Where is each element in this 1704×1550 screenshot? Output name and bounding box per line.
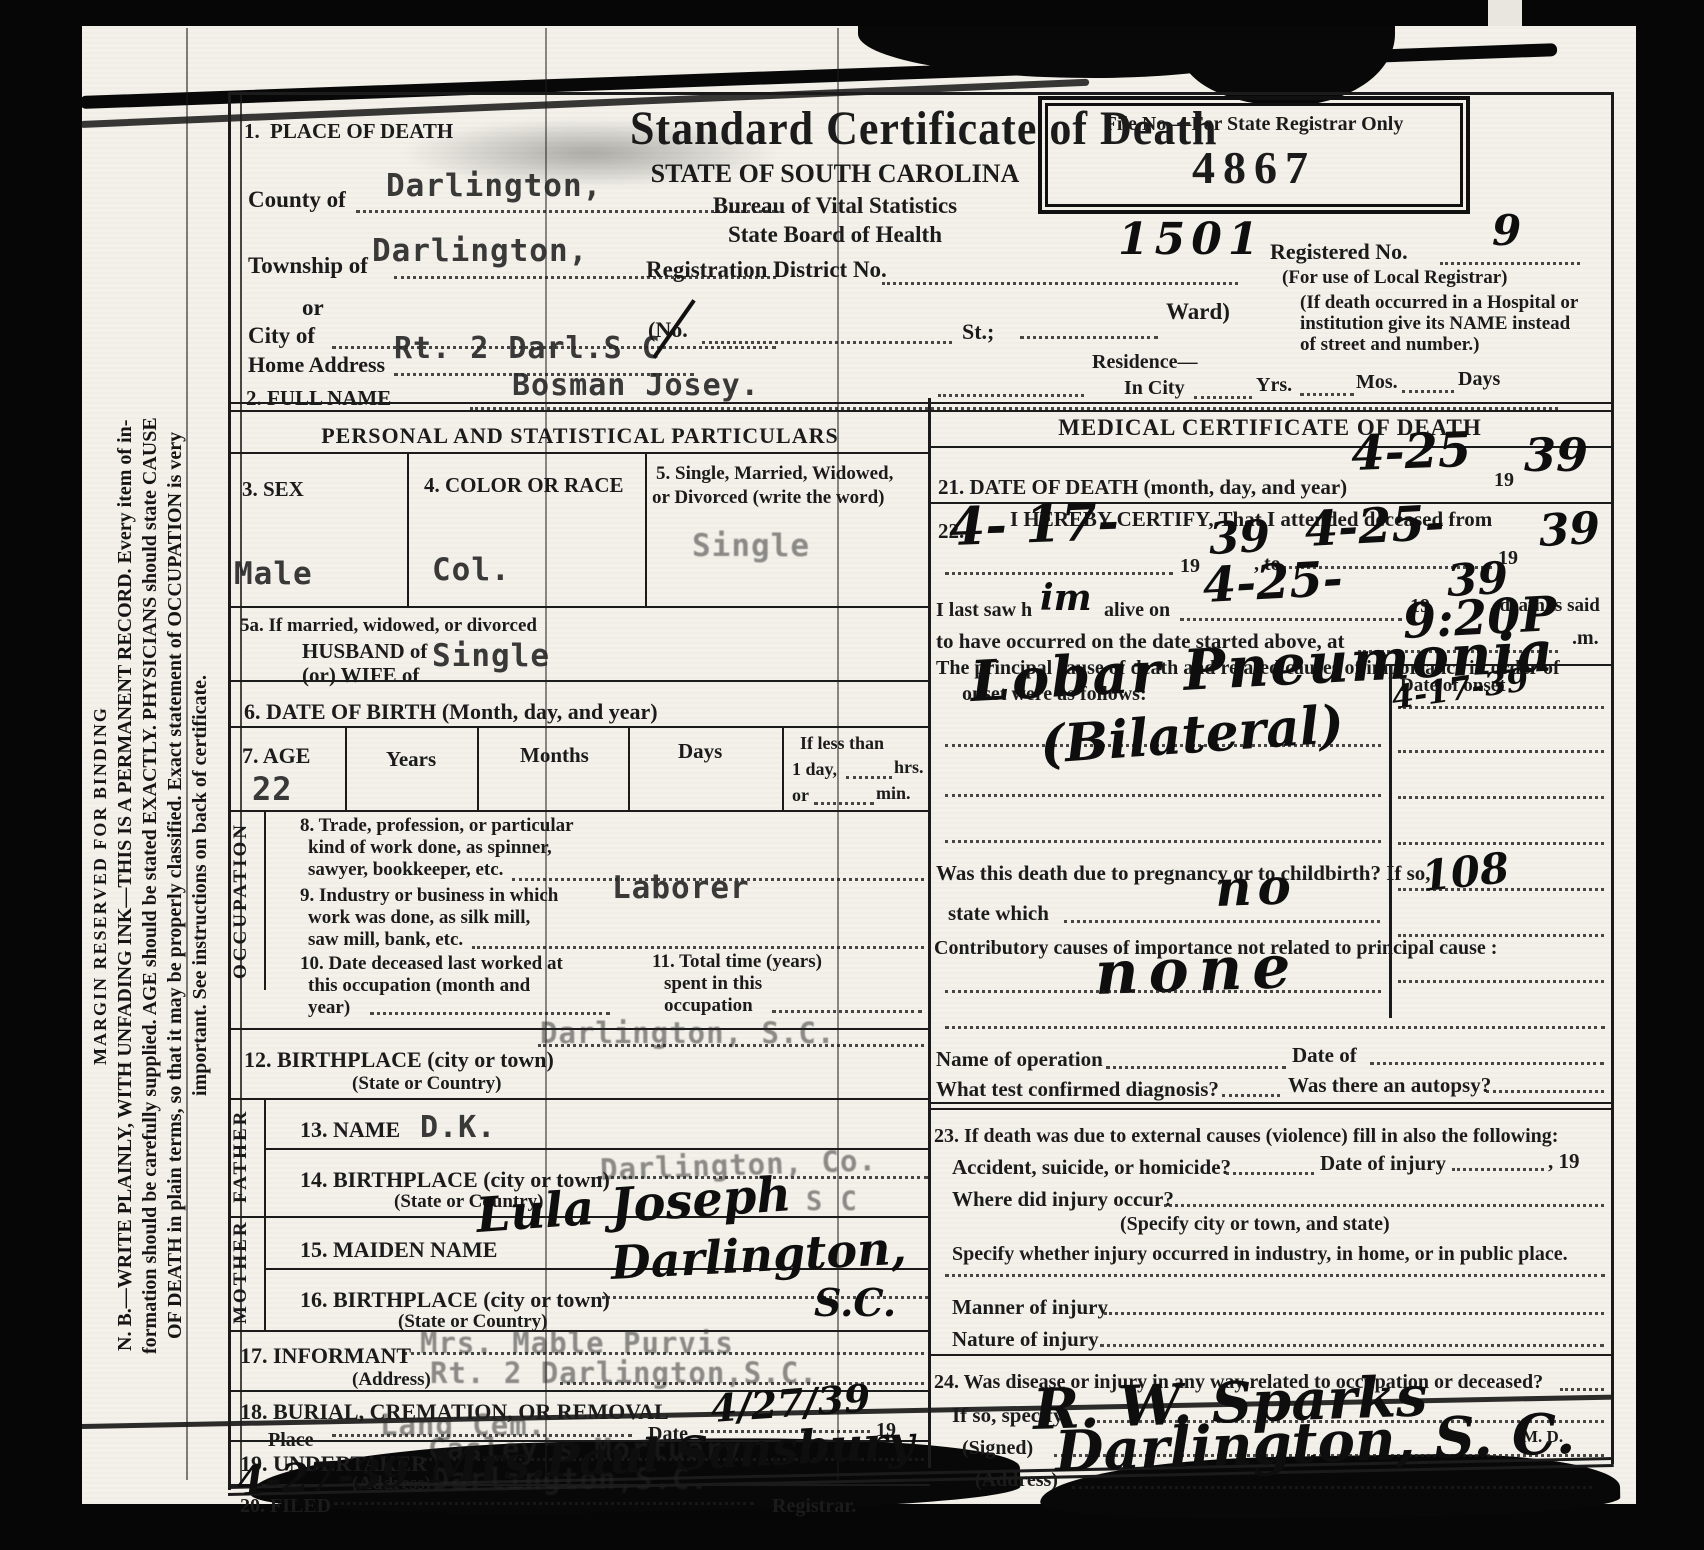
- home-address-value: Rt. 2 Darl.S C: [394, 331, 661, 366]
- maiden-name-label: 15. MAIDEN NAME: [300, 1238, 497, 1261]
- dotted-leader: [334, 1502, 754, 1505]
- dotted-leader: [1398, 934, 1604, 937]
- dotted-leader: [945, 572, 1173, 575]
- injury-year-label: , 19: [1548, 1150, 1580, 1172]
- dotted-leader: [1560, 1388, 1604, 1391]
- dotted-leader: [1398, 888, 1604, 891]
- informant-address-label: (Address): [352, 1370, 431, 1390]
- dotted-leader: [772, 1010, 922, 1013]
- dotted-leader: [1398, 980, 1604, 983]
- form-border-top: [228, 92, 1614, 95]
- dotted-leader: [1164, 1204, 1604, 1207]
- item10-label2: this occupation (month and: [308, 976, 530, 996]
- registration-district-value: 1501: [1118, 218, 1264, 262]
- signed-label: (Signed): [962, 1438, 1033, 1459]
- birthplace-label: 12. BIRTHPLACE (city or town): [244, 1048, 554, 1071]
- operation-date-label: Date of: [1292, 1044, 1357, 1066]
- section-rule: [228, 410, 1614, 412]
- county-value: Darlington,: [386, 168, 602, 204]
- form-border-right: [1611, 92, 1614, 1464]
- pregnancy-answer: no: [1214, 861, 1297, 914]
- dotted-leader: [882, 282, 1238, 285]
- injury-date-label: Date of injury: [1320, 1152, 1446, 1174]
- occupation-side-label: OCCUPATION: [230, 814, 262, 986]
- top-notch: [1488, 0, 1522, 26]
- margin-line: MARGIN RESERVED FOR BINDING: [88, 298, 113, 1473]
- last-saw-him: im: [1040, 580, 1092, 616]
- father-side-label: FATHER: [230, 1100, 262, 1212]
- mother-birthplace-label: 16. BIRTHPLACE (city or town): [300, 1288, 610, 1311]
- where-injury-sublabel: (Specify city or town, and state): [1120, 1214, 1390, 1235]
- manner-of-injury-label: Manner of injury: [952, 1296, 1108, 1318]
- address-label: (Address): [975, 1470, 1058, 1491]
- informant-label: 17. INFORMANT: [240, 1344, 411, 1367]
- full-name-label: 2. FULL NAME: [246, 387, 391, 409]
- operation-label: Name of operation: [936, 1048, 1103, 1070]
- sex-value: Male: [234, 556, 313, 592]
- personal-section-title: PERSONAL AND STATISTICAL PARTICULARS: [250, 424, 910, 447]
- specify-place-label: Specify whether injury occurred in indus…: [952, 1244, 1568, 1265]
- dotted-leader: [370, 1012, 610, 1015]
- state-heading: STATE OF SOUTH CAROLINA: [630, 160, 1040, 187]
- rule: [228, 726, 930, 728]
- date-of-birth-label: 6. DATE OF BIRTH (Month, day, and year): [244, 700, 658, 723]
- rule: [930, 1354, 1612, 1356]
- rule: [228, 680, 930, 682]
- attended-to-value: 4-25-: [1303, 499, 1445, 554]
- dotted-leader: [1072, 1486, 1592, 1489]
- min-label: min.: [876, 784, 911, 803]
- nature-of-injury-label: Nature of injury: [952, 1328, 1099, 1350]
- item5a-label: 5a. If married, widowed, or divorced: [240, 616, 537, 636]
- rule: [228, 1098, 930, 1100]
- dotted-leader: [1370, 1062, 1604, 1065]
- attended-to-year: 39: [1538, 507, 1601, 554]
- registrar-label: Registrar.: [772, 1496, 856, 1517]
- dotted-leader: [1104, 1312, 1604, 1315]
- home-address-label: Home Address: [248, 353, 385, 376]
- township-label: Township of: [248, 254, 368, 278]
- file-number-value: 4867: [1042, 144, 1466, 192]
- cell-divider: [782, 726, 784, 810]
- dotted-leader: [1064, 920, 1380, 923]
- days-header: Days: [678, 740, 722, 762]
- mother-birthplace-value: Darlington,: [610, 1225, 908, 1286]
- dotted-leader: [1222, 1094, 1280, 1097]
- city-label: City of: [248, 324, 315, 348]
- item10-label3: year): [308, 998, 350, 1018]
- dotted-leader: [938, 394, 1084, 397]
- binding-margin-note: MARGIN RESERVED FOR BINDING N. B.—WRITE …: [88, 298, 213, 1473]
- cell-divider: [345, 726, 347, 810]
- item8-label: 8. Trade, profession, or particular: [300, 816, 574, 836]
- age-value: 22: [252, 770, 293, 808]
- cell-divider: [407, 452, 409, 606]
- onset-box-divider: [1389, 664, 1392, 1018]
- full-name-value: Bosman Josey.: [512, 368, 760, 403]
- dotted-leader: [945, 840, 1381, 843]
- mother-side-label: MOTHER: [230, 1218, 262, 1326]
- dotted-leader: [1452, 1168, 1544, 1171]
- place-of-death-number: 1.: [244, 120, 260, 142]
- residence-label: Residence—: [1092, 352, 1198, 373]
- dotted-leader: [945, 1026, 1605, 1029]
- dotted-leader: [1398, 750, 1604, 753]
- board-heading: State Board of Health: [630, 223, 1040, 247]
- yrs-label: Yrs.: [1256, 375, 1292, 396]
- item9-label: 9. Industry or business in which: [300, 886, 558, 906]
- am-pm-label: .m.: [1572, 628, 1599, 649]
- cell-divider: [264, 1216, 266, 1330]
- contributory-value: none: [1094, 937, 1301, 1004]
- cell-divider: [264, 810, 266, 990]
- hrs-label: hrs.: [894, 758, 924, 777]
- margin-line: N. B.—WRITE PLAINLY, WITH UNFADING INK—T…: [113, 298, 138, 1473]
- dotted-leader: [1398, 796, 1604, 799]
- mother-birthplace-value2: S.C.: [814, 1284, 896, 1322]
- dotted-leader: [472, 946, 924, 949]
- dotted-leader: [538, 1044, 924, 1047]
- less-than-label: If less than: [800, 734, 884, 753]
- column-divider: [928, 398, 931, 1468]
- dotted-leader: [1020, 336, 1158, 339]
- township-value: Darlington,: [372, 233, 588, 269]
- rule: [228, 452, 930, 454]
- date-of-death-value: 4-25: [1350, 426, 1472, 478]
- sex-label: 3. SEX: [242, 478, 304, 500]
- dotted-leader: [945, 794, 1381, 797]
- local-registrar-note: (For use of Local Registrar): [1282, 268, 1507, 288]
- section-rule: [228, 402, 1614, 404]
- item8-label2: kind of work done, as spinner,: [308, 838, 552, 858]
- place-of-death-label: PLACE OF DEATH: [270, 120, 453, 142]
- dotted-leader: [404, 1352, 924, 1355]
- registered-no-value: 9: [1492, 210, 1521, 252]
- rule: [228, 606, 930, 608]
- rule: [930, 446, 1612, 448]
- date-of-death-year: 39: [1524, 432, 1588, 478]
- dotted-leader: [945, 1274, 1605, 1277]
- marital-value: Single: [692, 528, 810, 564]
- registration-district-label: Registration District No.: [646, 258, 887, 282]
- father-name-label: 13. NAME: [300, 1118, 400, 1141]
- last-saw-label: I last saw h: [936, 600, 1032, 621]
- cell-divider: [264, 1098, 266, 1216]
- hospital-note: (If death occurred in a Hospital or inst…: [1300, 292, 1578, 355]
- dotted-leader: [1300, 393, 1354, 396]
- last-saw-value: 4-25-: [1201, 555, 1343, 610]
- age-label: 7. AGE: [242, 744, 310, 767]
- death-certificate-scan: MARGIN RESERVED FOR BINDING N. B.—WRITE …: [0, 0, 1704, 1550]
- less-than-label2: 1 day,: [792, 760, 837, 779]
- marital-label: 5. Single, Married, Widowed,: [656, 464, 893, 484]
- color-race-label: 4. COLOR OR RACE: [424, 474, 624, 496]
- or-min-label: or: [792, 786, 809, 805]
- dotted-leader: [846, 776, 892, 779]
- bureau-heading: Bureau of Vital Statistics: [630, 194, 1040, 218]
- dotted-leader: [1402, 390, 1454, 393]
- color-race-value: Col.: [432, 552, 511, 588]
- file-number-label: File No.—For State Registrar Only: [1042, 114, 1466, 135]
- or-label: or: [302, 296, 324, 320]
- cell-divider: [477, 726, 479, 810]
- item11-label: 11. Total time (years): [652, 952, 822, 972]
- item9-value: Laborer: [612, 870, 750, 906]
- attended-from-value: 4- 17-: [948, 496, 1120, 554]
- mos-label: Mos.: [1356, 372, 1398, 393]
- pregnancy-question: Was this death due to pregnancy or to ch…: [936, 862, 1431, 884]
- year-19-print: 19: [1180, 556, 1200, 577]
- in-city-label: In City: [1124, 378, 1185, 399]
- cell-divider: [628, 726, 630, 810]
- years-header: Years: [386, 748, 436, 770]
- rule: [930, 1108, 1612, 1110]
- dotted-leader: [1100, 1344, 1604, 1347]
- rule: [930, 1102, 1612, 1104]
- where-injury-label: Where did injury occur?: [952, 1188, 1174, 1210]
- wife-of-label: (or) WIFE of: [302, 664, 419, 686]
- dotted-leader: [1486, 1090, 1604, 1093]
- husband-of-label: HUSBAND of: [302, 640, 427, 662]
- year-19-print: 19: [1494, 470, 1514, 491]
- file-number-box: File No.—For State Registrar Only 4867: [1038, 96, 1470, 214]
- state-which-label: state which: [948, 902, 1049, 924]
- registered-no-label: Registered No.: [1270, 240, 1408, 263]
- alive-on-label: alive on: [1104, 600, 1170, 621]
- rule: [228, 810, 930, 812]
- father-birthplace-value2: S C: [806, 1186, 858, 1217]
- autopsy-label: Was there an autopsy?: [1288, 1074, 1491, 1096]
- physician-address: Darlington, S. C.: [1054, 1406, 1576, 1480]
- item10-label: 10. Date deceased last worked at: [300, 954, 563, 974]
- medical-section-title: MEDICAL CERTIFICATE OF DEATH: [940, 416, 1600, 440]
- test-label: What test confirmed diagnosis?: [936, 1078, 1219, 1100]
- item8-label3: sawyer, bookkeeper, etc.: [308, 860, 503, 880]
- birthplace-sublabel: (State or Country): [352, 1074, 502, 1094]
- accident-label: Accident, suicide, or homicide?: [952, 1156, 1231, 1178]
- dotted-leader: [945, 990, 1381, 993]
- filed-date-value: 4-27-39: [236, 1453, 410, 1502]
- father-name-value: D.K.: [420, 1110, 496, 1145]
- county-label: County of: [248, 188, 346, 212]
- marital-label2: or Divorced (write the word): [652, 488, 885, 508]
- dotted-leader: [1226, 1172, 1314, 1175]
- dotted-leader: [1106, 1066, 1286, 1069]
- item23-label: 23. If death was due to external causes …: [934, 1126, 1558, 1147]
- days-label: Days: [1458, 369, 1500, 390]
- dotted-leader: [702, 341, 952, 344]
- item9-label3: saw mill, bank, etc.: [308, 930, 463, 950]
- months-header: Months: [520, 744, 589, 766]
- item9-label2: work was done, as silk mill,: [308, 908, 530, 928]
- dotted-leader: [814, 802, 874, 805]
- item11-label2: spent in this: [664, 974, 762, 994]
- margin-line: OF DEATH in plain terms, so that it may …: [163, 298, 188, 1473]
- margin-line: important. See instructions on back of c…: [188, 298, 213, 1473]
- dotted-leader: [1398, 706, 1604, 709]
- dotted-leader: [1440, 262, 1580, 265]
- margin-line: formation should be carefully supplied. …: [138, 298, 163, 1473]
- ward-label: Ward): [1166, 300, 1230, 324]
- certificate-title: Standard Certificate of Death: [630, 104, 1040, 154]
- dotted-leader: [1180, 618, 1402, 621]
- item11-label3: occupation: [664, 996, 753, 1016]
- street-label: St.;: [962, 320, 994, 343]
- dotted-leader: [1194, 396, 1252, 399]
- cell-divider: [645, 452, 647, 606]
- item5a-value: Single: [432, 638, 550, 674]
